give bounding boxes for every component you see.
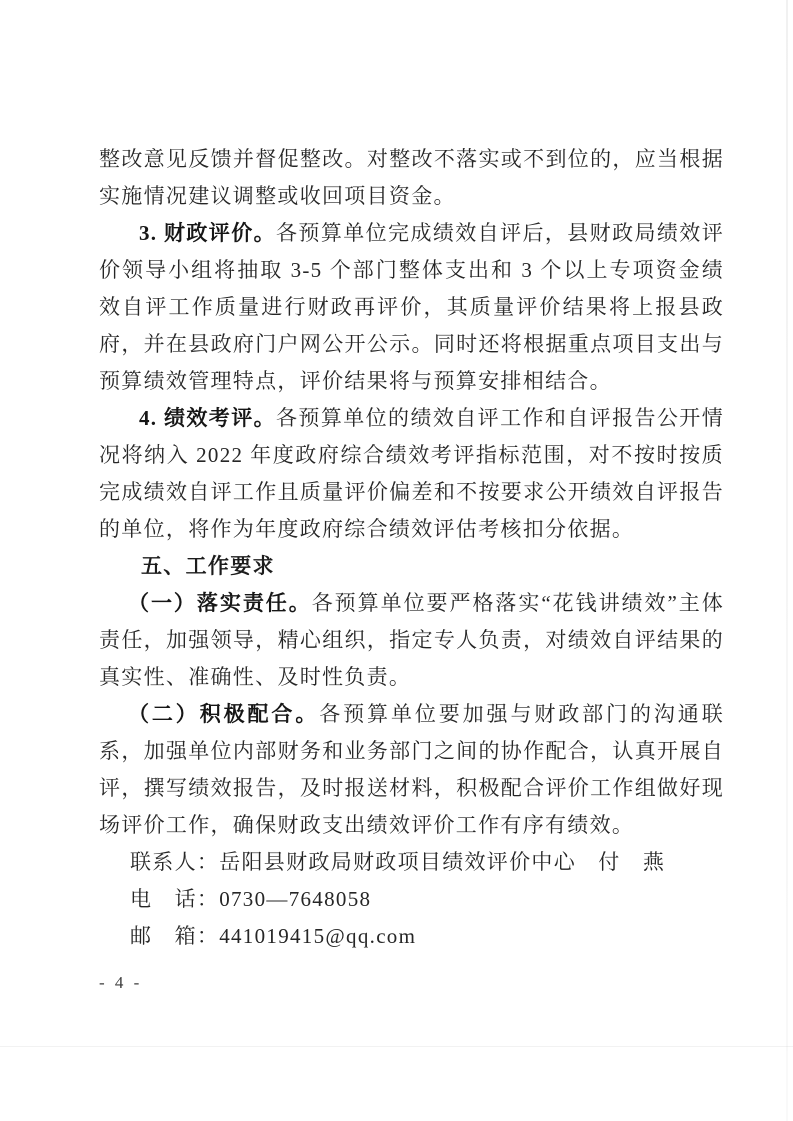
contact-phone-line: 电 话：0730—7648058 xyxy=(99,881,724,918)
document-page: 整改意见反馈并督促整改。对整改不落实或不到位的，应当根据实施情况建议调整或收回项… xyxy=(0,0,793,1121)
scan-noise-artifact xyxy=(0,1046,793,1047)
contact-block: 联系人：岳阳县财政局财政项目绩效评价中心 付 燕 电 话：0730—764805… xyxy=(99,844,724,955)
paragraph-performance-review-lead: 4. 绩效考评。 xyxy=(139,406,276,430)
paragraph-performance-review: 4. 绩效考评。各预算单位的绩效自评工作和自评报告公开情况将纳入 2022 年度… xyxy=(99,400,724,548)
paragraph-item-responsibility: （一）落实责任。各预算单位要严格落实“花钱讲绩效”主体责任，加强领导，精心组织，… xyxy=(99,585,724,696)
paragraph-item-cooperation: （二）积极配合。各预算单位要加强与财政部门的沟通联系，加强单位内部财务和业务部门… xyxy=(99,696,724,844)
scan-edge-artifact xyxy=(786,0,788,1121)
page-number: - 4 - xyxy=(99,971,142,995)
paragraph-item-cooperation-lead: （二）积极配合。 xyxy=(128,702,319,726)
contact-person-line: 联系人：岳阳县财政局财政项目绩效评价中心 付 燕 xyxy=(99,844,724,881)
document-body-text: 整改意见反馈并督促整改。对整改不落实或不到位的，应当根据实施情况建议调整或收回项… xyxy=(99,141,724,955)
paragraph-item-responsibility-lead: （一）落实责任。 xyxy=(128,591,312,615)
paragraph-fiscal-evaluation: 3. 财政评价。各预算单位完成绩效自评后，县财政局绩效评价领导小组将抽取 3-5… xyxy=(99,215,724,400)
contact-email-line: 邮 箱：441019415@qq.com xyxy=(99,918,724,955)
paragraph-fiscal-evaluation-lead: 3. 财政评价。 xyxy=(139,221,276,245)
paragraph-fiscal-evaluation-body: 各预算单位完成绩效自评后，县财政局绩效评价领导小组将抽取 3-5 个部门整体支出… xyxy=(99,221,724,393)
section-heading-work-requirements: 五、工作要求 xyxy=(99,548,724,585)
paragraph-rectification-continued: 整改意见反馈并督促整改。对整改不落实或不到位的，应当根据实施情况建议调整或收回项… xyxy=(99,141,724,215)
